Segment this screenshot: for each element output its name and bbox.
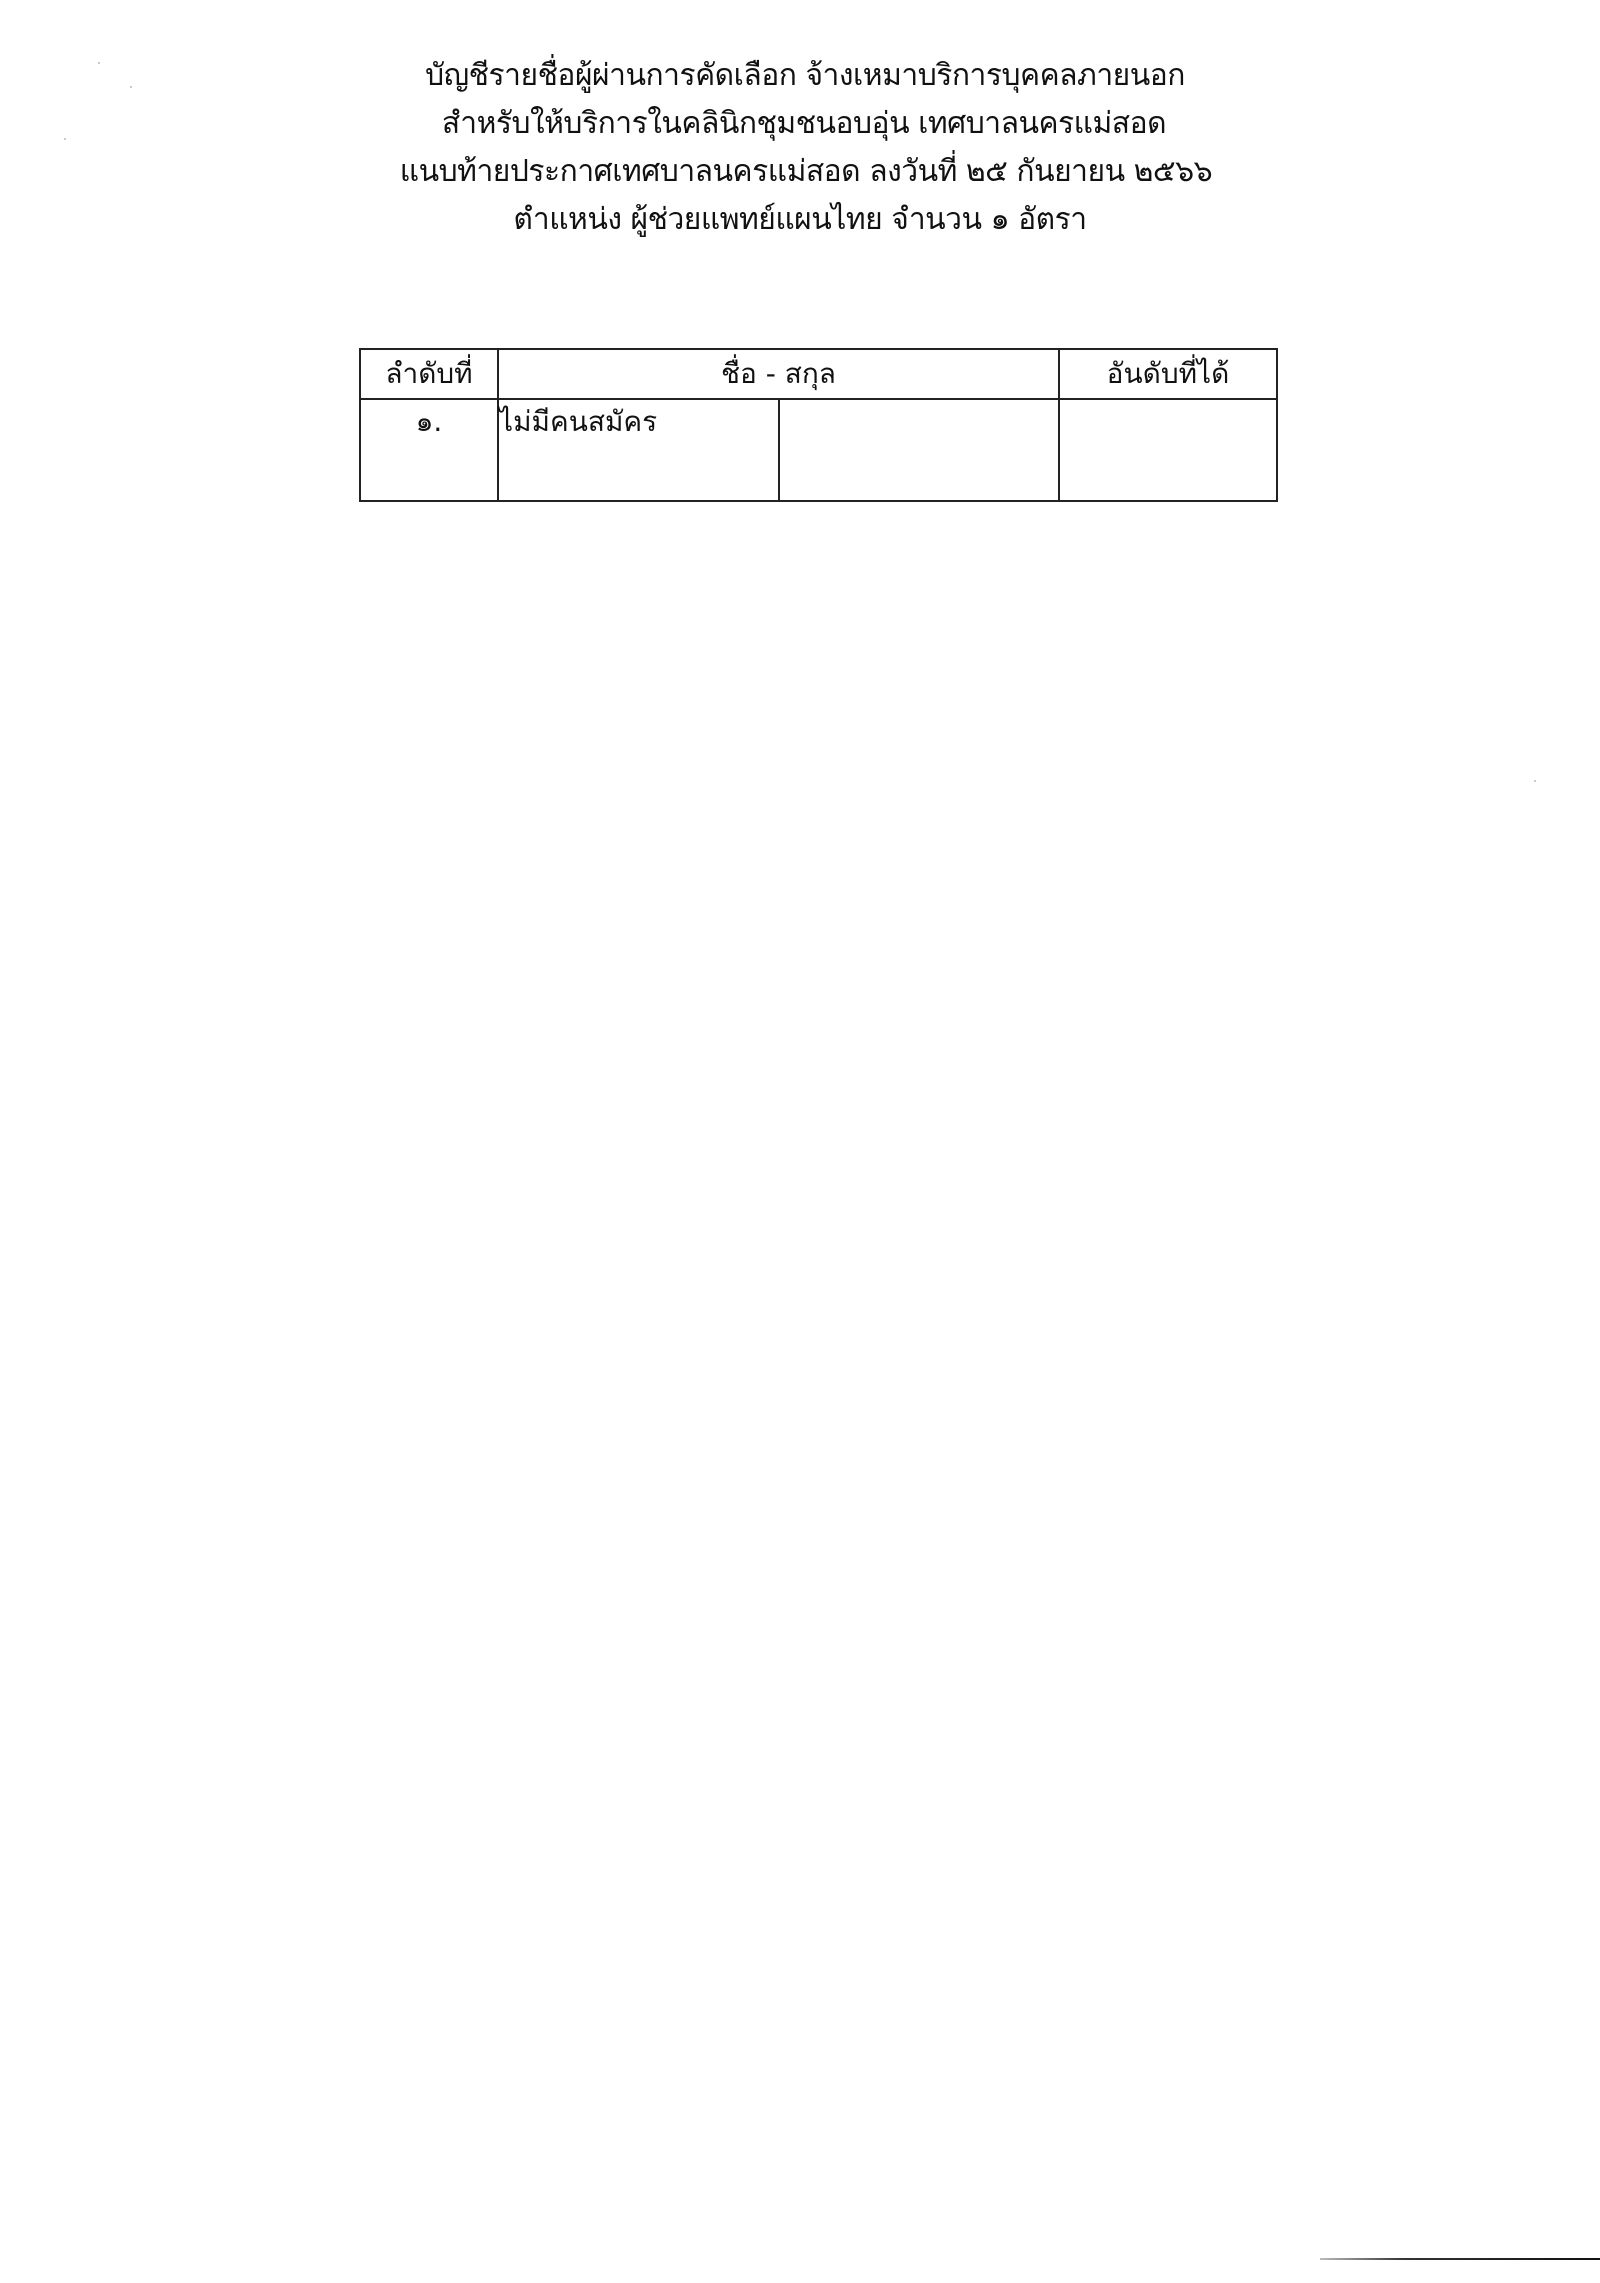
heading-announcement-date-line: แนบท้ายประกาศเทศบาลนครแม่สอด ลงวันที่ ๒๕…: [0, 148, 1600, 196]
cell-name-extra: [779, 399, 1060, 501]
table-row: ๑. ไม่มีคนสมัคร: [360, 399, 1277, 501]
table-header-row: ลำดับที่ ชื่อ - สกุล อันดับที่ได้: [360, 349, 1277, 399]
scan-speck: [130, 86, 132, 88]
scan-speck: [98, 62, 100, 64]
heading-title-line: บัญชีรายชื่อผู้ผ่านการคัดเลือก จ้างเหมาบ…: [0, 52, 1600, 100]
cell-name: ไม่มีคนสมัคร: [498, 399, 779, 501]
document-heading: บัญชีรายชื่อผู้ผ่านการคัดเลือก จ้างเหมาบ…: [0, 52, 1600, 244]
cell-order: ๑.: [360, 399, 498, 501]
column-header-order: ลำดับที่: [360, 349, 498, 399]
heading-position-line: ตำแหน่ง ผู้ช่วยแพทย์แผนไทย จำนวน ๑ อัตรา: [0, 196, 1600, 244]
heading-service-line: สำหรับให้บริการในคลินิกชุมชนอบอุ่น เทศบา…: [0, 100, 1600, 148]
scan-speck: [64, 138, 66, 140]
column-header-name: ชื่อ - สกุล: [498, 349, 1059, 399]
footer-rule-line: [1320, 2258, 1600, 2260]
cell-rank: [1059, 399, 1277, 501]
column-header-rank: อันดับที่ได้: [1059, 349, 1277, 399]
selection-results-table: ลำดับที่ ชื่อ - สกุล อันดับที่ได้ ๑. ไม่…: [359, 348, 1278, 502]
scan-speck: [1534, 780, 1536, 782]
